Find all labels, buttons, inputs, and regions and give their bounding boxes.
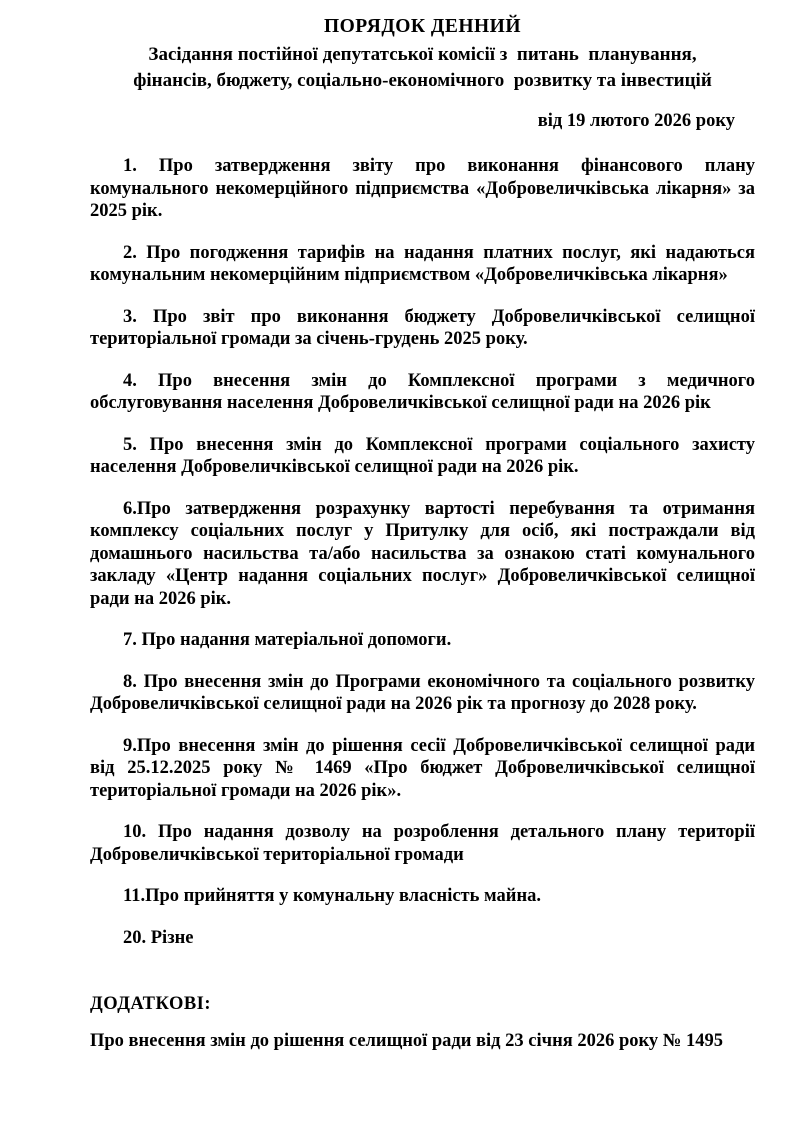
agenda-item-1: 1. Про затвердження звіту про виконання … bbox=[90, 155, 755, 223]
agenda-item-9: 9.Про внесення змін до рішення сесії Доб… bbox=[90, 735, 755, 803]
agenda-item-4: 4. Про внесення змін до Комплексної прог… bbox=[90, 370, 755, 415]
document-header: ПОРЯДОК ДЕННИЙ Засідання постійної депут… bbox=[90, 12, 755, 135]
document-subtitle-line-2: фінансів, бюджету, соціально-економічног… bbox=[90, 68, 755, 94]
agenda-item-11: 11.Про прийняття у комунальну власність … bbox=[90, 885, 755, 908]
document-subtitle-line-1: Засідання постійної депутатської комісії… bbox=[90, 42, 755, 68]
document-page: ПОРЯДОК ДЕННИЙ Засідання постійної депут… bbox=[0, 0, 794, 1123]
agenda-list: 1. Про затвердження звіту про виконання … bbox=[90, 155, 755, 949]
agenda-item-10: 10. Про надання дозволу на розроблення д… bbox=[90, 821, 755, 866]
agenda-item-6: 6.Про затвердження розрахунку вартості п… bbox=[90, 498, 755, 611]
agenda-item-2: 2. Про погодження тарифів на надання пла… bbox=[90, 242, 755, 287]
document-title: ПОРЯДОК ДЕННИЙ bbox=[90, 12, 755, 42]
additional-item: Про внесення змін до рішення селищної ра… bbox=[90, 1030, 755, 1053]
additional-heading: ДОДАТКОВІ: bbox=[90, 993, 755, 1016]
agenda-item-5: 5. Про внесення змін до Комплексної прог… bbox=[90, 434, 755, 479]
agenda-item-7: 7. Про надання матеріальної допомоги. bbox=[90, 629, 755, 652]
document-date: від 19 лютого 2026 року bbox=[90, 108, 735, 135]
agenda-item-3: 3. Про звіт про виконання бюджету Добров… bbox=[90, 306, 755, 351]
agenda-item-8: 8. Про внесення змін до Програми економі… bbox=[90, 671, 755, 716]
agenda-item-20: 20. Різне bbox=[90, 927, 755, 950]
additional-section: ДОДАТКОВІ: Про внесення змін до рішення … bbox=[90, 993, 755, 1052]
